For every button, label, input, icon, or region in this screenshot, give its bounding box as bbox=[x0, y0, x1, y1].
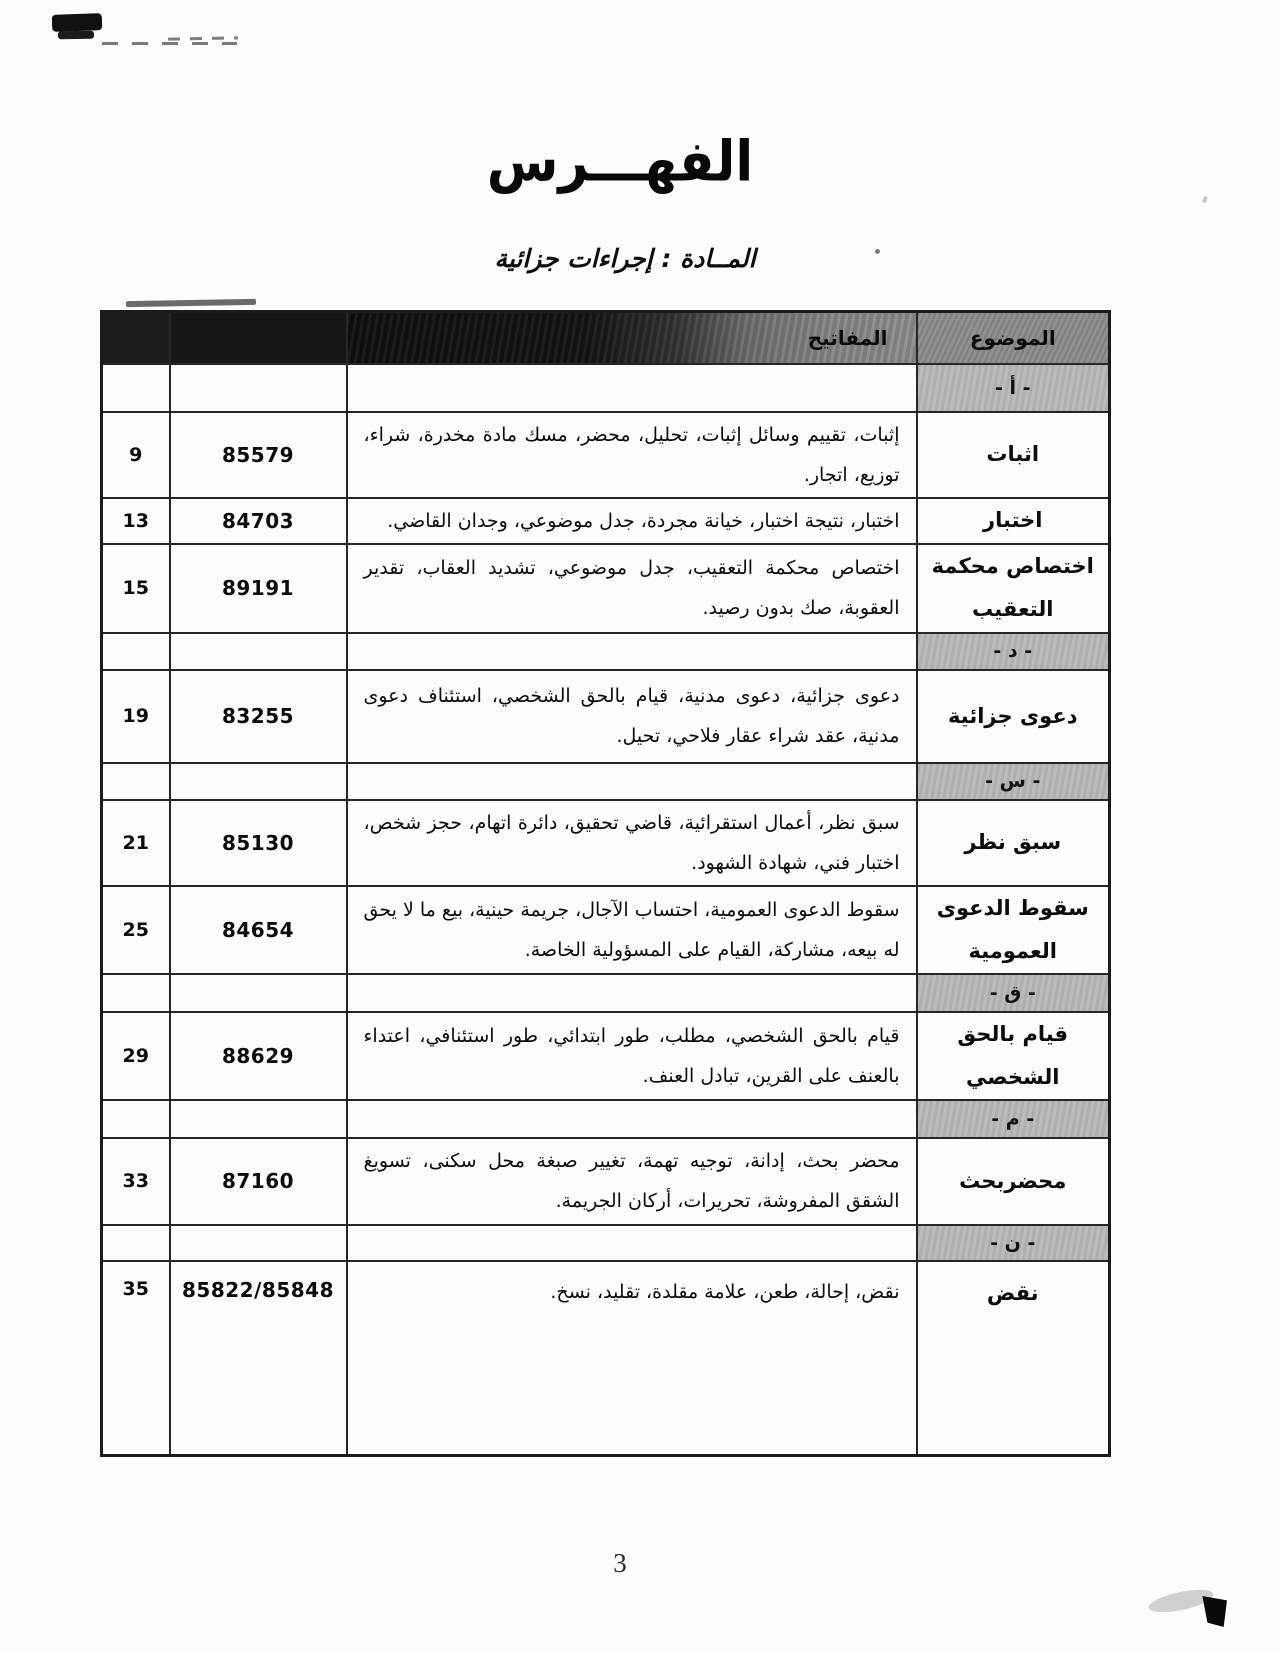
page-number-cell bbox=[102, 364, 170, 412]
table-row: سقوط الدعوى العمومية سقوط الدعوى العمومي… bbox=[102, 886, 1110, 974]
key-number-cell bbox=[170, 633, 347, 670]
section-label-cell: - ن - bbox=[917, 1225, 1110, 1261]
section-row: - ق - bbox=[102, 974, 1110, 1012]
table-row: محضربحث محضر بحث، إدانة، توجيه تهمة، تغي… bbox=[102, 1138, 1110, 1225]
page-title: الفهـــرس bbox=[0, 130, 1240, 195]
section-row: - س - bbox=[102, 763, 1110, 800]
key-number-cell: 83255 bbox=[170, 670, 347, 763]
table-row: اثبات إثبات، تقييم وسائل إثبات، تحليل، م… bbox=[102, 412, 1110, 498]
keywords-cell: سبق نظر، أعمال استقرائية، قاضي تحقيق، دا… bbox=[347, 800, 917, 886]
key-number-cell bbox=[170, 1100, 347, 1138]
keywords-cell: اختبار، نتيجة اختبار، خيانة مجردة، جدل م… bbox=[347, 498, 917, 544]
page-number-cell: 15 bbox=[102, 544, 170, 633]
page-subtitle: المــادة : إجراءات جزائية bbox=[0, 244, 1250, 273]
subject-cell: نقض bbox=[917, 1261, 1110, 1456]
ink-speck-icon bbox=[1202, 196, 1208, 204]
subject-cell: سقوط الدعوى العمومية bbox=[917, 886, 1110, 974]
page-number-cell bbox=[102, 763, 170, 800]
page-number-cell: 29 bbox=[102, 1012, 170, 1100]
table-row: قيام بالحق الشخصي قيام بالحق الشخصي، مطل… bbox=[102, 1012, 1110, 1100]
page-number-cell bbox=[102, 633, 170, 670]
keywords-cell bbox=[347, 763, 917, 800]
folio-page-number: 3 bbox=[600, 1548, 640, 1579]
keywords-cell: محضر بحث، إدانة، توجيه تهمة، تغيير صبغة … bbox=[347, 1138, 917, 1225]
key-number-cell: 88629 bbox=[170, 1012, 347, 1100]
scan-smudge-icon bbox=[126, 299, 256, 307]
page-number-cell: 19 bbox=[102, 670, 170, 763]
page-number-cell bbox=[102, 1225, 170, 1261]
header-subject: الموضوع bbox=[917, 312, 1110, 364]
section-label-cell: - س - bbox=[917, 763, 1110, 800]
key-number-cell bbox=[170, 1225, 347, 1261]
section-row: - ن - bbox=[102, 1225, 1110, 1261]
key-number-cell bbox=[170, 763, 347, 800]
section-label-cell: - ق - bbox=[917, 974, 1110, 1012]
keywords-cell bbox=[347, 974, 917, 1012]
subject-cell: اختصاص محكمة التعقيب bbox=[917, 544, 1110, 633]
header-page-col bbox=[102, 312, 170, 364]
keywords-cell bbox=[347, 1225, 917, 1261]
table-row: سبق نظر سبق نظر، أعمال استقرائية، قاضي ت… bbox=[102, 800, 1110, 886]
scan-smudge-icon bbox=[58, 31, 94, 40]
index-table: الموضوع المفاتيح - أ - اثبات إثبات، تقيي… bbox=[100, 310, 1111, 1457]
scan-dashes-icon bbox=[168, 36, 238, 40]
header-keys: المفاتيح bbox=[347, 312, 917, 364]
keywords-cell: اختصاص محكمة التعقيب، جدل موضوعي، تشديد … bbox=[347, 544, 917, 633]
subject-cell: دعوى جزائية bbox=[917, 670, 1110, 763]
keywords-cell: سقوط الدعوى العمومية، احتساب الآجال، جري… bbox=[347, 886, 917, 974]
key-number-cell bbox=[170, 364, 347, 412]
key-number-cell: 84703 bbox=[170, 498, 347, 544]
key-number-cell: 84654 bbox=[170, 886, 347, 974]
section-label-cell: - أ - bbox=[917, 364, 1110, 412]
page-number-cell: 9 bbox=[102, 412, 170, 498]
page-number-cell bbox=[102, 974, 170, 1012]
table-header-row: الموضوع المفاتيح bbox=[102, 312, 1110, 364]
key-number-cell: 85822/85848 bbox=[170, 1261, 347, 1456]
subject-cell: اثبات bbox=[917, 412, 1110, 498]
page-number-cell: 33 bbox=[102, 1138, 170, 1225]
keywords-cell bbox=[347, 364, 917, 412]
table-row: اختصاص محكمة التعقيب اختصاص محكمة التعقي… bbox=[102, 544, 1110, 633]
keywords-cell bbox=[347, 633, 917, 670]
subject-cell: قيام بالحق الشخصي bbox=[917, 1012, 1110, 1100]
key-number-cell: 85130 bbox=[170, 800, 347, 886]
keywords-cell: دعوى جزائية، دعوى مدنية، قيام بالحق الشخ… bbox=[347, 670, 917, 763]
page-number-cell: 35 bbox=[102, 1261, 170, 1456]
section-row: - أ - bbox=[102, 364, 1110, 412]
section-label-cell: - د - bbox=[917, 633, 1110, 670]
keywords-cell: إثبات، تقييم وسائل إثبات، تحليل، محضر، م… bbox=[347, 412, 917, 498]
document-page: الفهـــرس المــادة : إجراءات جزائية المو… bbox=[0, 0, 1280, 1653]
key-number-cell: 85579 bbox=[170, 412, 347, 498]
key-number-cell: 89191 bbox=[170, 544, 347, 633]
page-number-cell: 25 bbox=[102, 886, 170, 974]
keywords-cell: قيام بالحق الشخصي، مطلب، طور ابتدائي، طو… bbox=[347, 1012, 917, 1100]
table-row: نقض نقض، إحالة، طعن، علامة مقلدة، تقليد،… bbox=[102, 1261, 1110, 1456]
keywords-cell bbox=[347, 1100, 917, 1138]
subject-cell: محضربحث bbox=[917, 1138, 1110, 1225]
page-number-cell: 21 bbox=[102, 800, 170, 886]
header-key-number-col bbox=[170, 312, 347, 364]
section-row: - م - bbox=[102, 1100, 1110, 1138]
key-number-cell: 87160 bbox=[170, 1138, 347, 1225]
subject-cell: اختبار bbox=[917, 498, 1110, 544]
page-number-cell bbox=[102, 1100, 170, 1138]
keywords-cell: نقض، إحالة، طعن، علامة مقلدة، تقليد، نسخ… bbox=[347, 1261, 917, 1456]
subject-cell: سبق نظر bbox=[917, 800, 1110, 886]
table-row: دعوى جزائية دعوى جزائية، دعوى مدنية، قيا… bbox=[102, 670, 1110, 763]
scan-dashes-icon bbox=[102, 42, 237, 45]
key-number-cell bbox=[170, 974, 347, 1012]
table-row: اختبار اختبار، نتيجة اختبار، خيانة مجردة… bbox=[102, 498, 1110, 544]
page-number-cell: 13 bbox=[102, 498, 170, 544]
scan-smudge-icon bbox=[52, 13, 103, 32]
section-label-cell: - م - bbox=[917, 1100, 1110, 1138]
section-row: - د - bbox=[102, 633, 1110, 670]
